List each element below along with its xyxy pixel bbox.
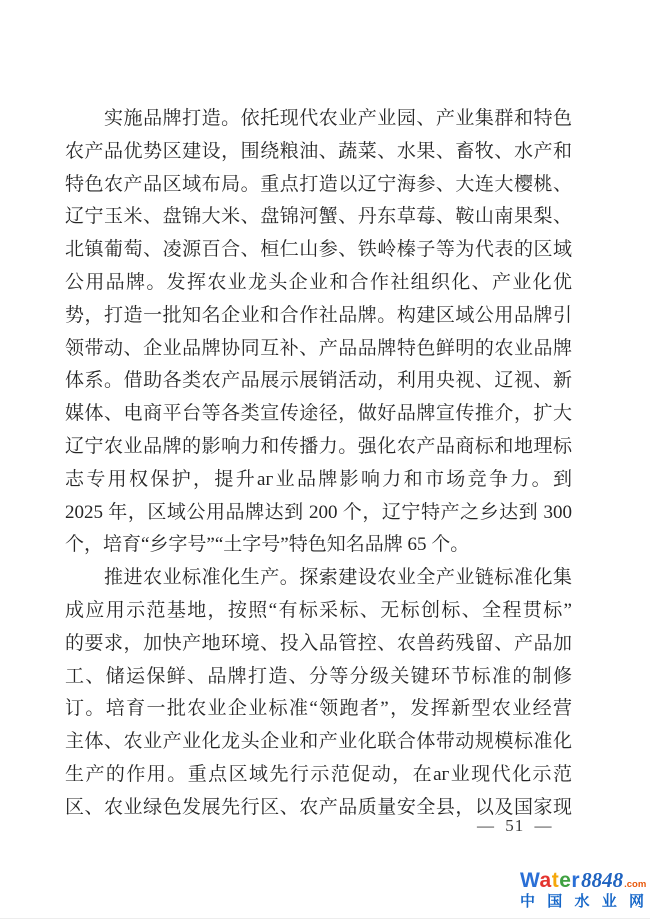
text-line: 农产品优势区建设，围绕粮油、蔬菜、水果、畜牧、水产和: [65, 136, 572, 169]
text-line: 主体、农业产业化龙头企业和产业化联合体带动规模标准化: [65, 726, 572, 759]
text-line: 领带动、企业品牌协同互补、产品品牌特色鲜明的农业品牌: [65, 333, 572, 366]
text-line: 实施品牌打造。依托现代农业产业园、产业集群和特色: [65, 103, 572, 136]
text-line: 辽宁农业品牌的影响力和传播力。强化农产品商标和地理标: [65, 431, 572, 464]
logo-wordmark-row: Water 8848 .com: [520, 869, 644, 891]
text-line: 的要求，加快产地环境、投入品管控、农兽药残留、产品加: [65, 628, 572, 661]
text-line: 特色农产品区域布局。重点打造以辽宁海参、大连大樱桃、: [65, 169, 572, 202]
text-line: 媒体、电商平台等各类宣传途径，做好品牌宣传推介，扩大: [65, 398, 572, 431]
logo-letter: W: [520, 869, 540, 892]
text-line: 个，培育“乡字号”“土字号”特色知名品牌 65 个。: [65, 529, 572, 562]
watermark-logo: Water 8848 .com 中国水业网: [520, 869, 644, 910]
logo-letter: r: [571, 869, 580, 892]
tagline-char: 业: [602, 894, 617, 910]
text-line: 辽宁玉米、盘锦大米、盘锦河蟹、丹东草莓、鞍山南果梨、: [65, 201, 572, 234]
text-line: 体系。借助各类农产品展示展销活动，利用央视、辽视、新: [65, 365, 572, 398]
text-line: 志专用权保护，提升аг业品牌影响力和市场竞争力。到: [65, 464, 572, 497]
text-line: 推进农业标准化生产。探索建设农业全产业链标准化集: [65, 562, 572, 595]
document-page: 实施品牌打造。依托现代农业产业园、产业集群和特色农产品优势区建设，围绕粮油、蔬菜…: [0, 0, 650, 919]
logo-number: 8848: [581, 869, 623, 891]
logo-letter: e: [559, 869, 571, 892]
logo-brand-word: Water: [520, 870, 580, 892]
text-line: 公用品牌。发挥农业龙头企业和合作社组织化、产业化优: [65, 267, 572, 300]
body-text: 实施品牌打造。依托现代农业产业园、产业集群和特色农产品优势区建设，围绕粮油、蔬菜…: [65, 103, 572, 825]
logo-letter: a: [540, 869, 552, 892]
logo-tld: .com: [624, 879, 646, 890]
logo-tagline: 中国水业网: [520, 894, 644, 910]
text-line: 2025 年，区域公用品牌达到 200 个，辽宁特产之乡达到 300: [65, 497, 572, 530]
tagline-char: 网: [629, 894, 644, 910]
text-line: 订。培育一批农业企业标准“领跑者”，发挥新型农业经营: [65, 693, 572, 726]
tagline-char: 中: [520, 894, 535, 910]
tagline-char: 水: [574, 894, 589, 910]
text-line: 势，打造一批知名企业和合作社品牌。构建区域公用品牌引: [65, 300, 572, 333]
text-line: 北镇葡萄、凌源百合、桓仁山参、铁岭榛子等为代表的区域: [65, 234, 572, 267]
tagline-char: 国: [547, 894, 562, 910]
text-line: 工、储运保鲜、品牌打造、分等分级关键环节标准的制修: [65, 661, 572, 694]
page-number: — 51 —: [477, 814, 553, 838]
text-line: 生产的作用。重点区域先行示范促动，在аг业现代化示范: [65, 759, 572, 792]
text-line: 成应用示范基地，按照“有标采标、无标创标、全程贯标”: [65, 595, 572, 628]
